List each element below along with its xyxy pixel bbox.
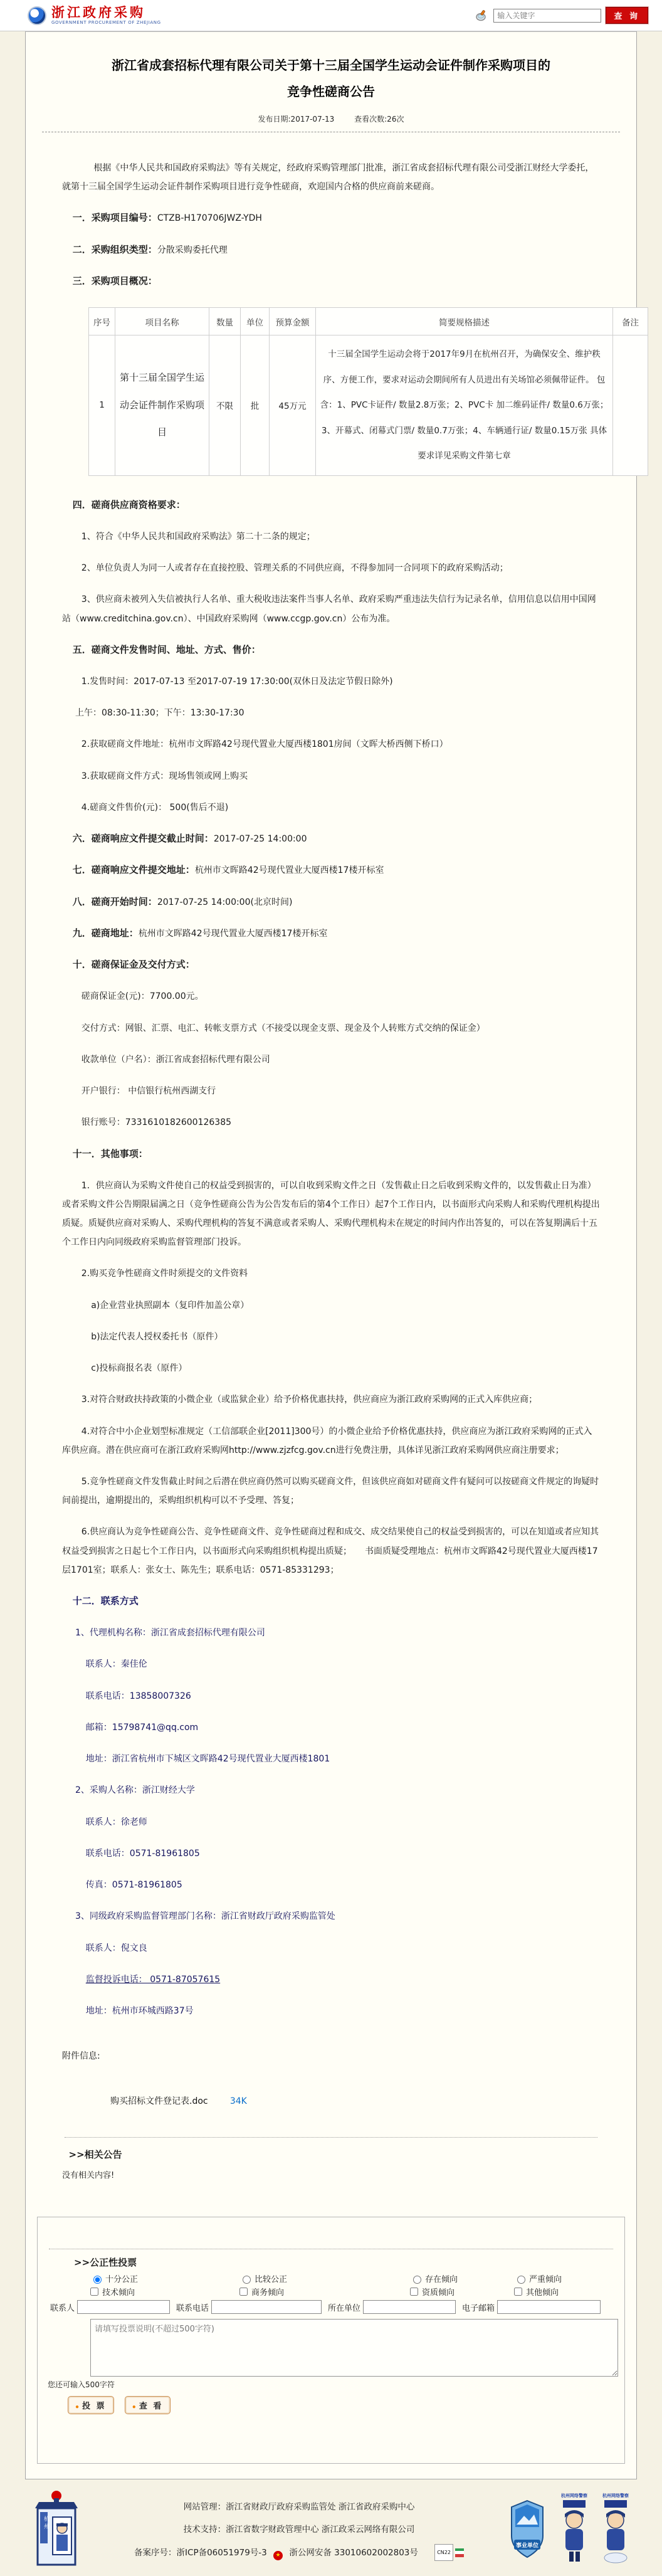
content-block: 八．磋商开始时间：2017-07-25 14:00:00(北京时间) (62, 892, 600, 912)
vote-checkbox-option[interactable]: 其他倾向 (512, 2286, 616, 2298)
block-text: 联系人：秦佳伦 (86, 1659, 147, 1669)
vote-view-button[interactable]: ●查 看 (125, 2396, 171, 2414)
block-text: 2.购买竞争性磋商文件时须提交的文件资料 (81, 1269, 248, 1279)
checkbox-label: 商务倾向 (251, 2286, 284, 2298)
block-text: 2017-07-25 14:00:00(北京时间) (157, 897, 293, 907)
col-name: 项目名称 (115, 308, 209, 335)
table-row: 1 第十三届全国学生运动会证件制作采购项目 不限 批 45万元 十三届全国学生运… (89, 335, 648, 476)
cyber-police-badge-left[interactable]: 杭州网络警察 (557, 2493, 592, 2567)
content-block: b)法定代表人授权委托书（原件） (62, 1326, 600, 1346)
content-block: 邮箱：15798741@qq.com (62, 1717, 600, 1737)
cell-budget: 45万元 (270, 335, 316, 476)
field-label: 所在单位 (328, 2301, 360, 2313)
block-text: 3.对符合财政扶持政策的小微企业（或监狱企业）给予价格优惠扶持，供应商应为浙江政… (81, 1395, 537, 1405)
block-text: 1.发售时间：2017-07-13 至2017-07-19 17:30:00(双… (81, 677, 393, 687)
attachment-download-link[interactable]: 34K (230, 2096, 247, 2106)
content-block: 1、符合《中华人民共和国政府采购法》第二十二条的规定； (62, 526, 600, 546)
vote-radio-option[interactable]: 十分公正 (90, 2272, 239, 2284)
block-text: c)投标商报名表（原件） (91, 1363, 187, 1373)
content-block: 4.磋商文件售价(元)： 500(售后不退) (62, 797, 600, 817)
block-text: 2、单位负责人为同一人或者存在直接控股、管理关系的不同供应商，不得参加同一合同项… (81, 563, 508, 573)
site-logo-text: 浙江政府采购 (51, 5, 161, 19)
top-header: 浙江政府采购 GOVERNMENT PROCUREMENT OF ZHEJIAN… (0, 0, 662, 31)
content-block: 联系人：徐老师 (62, 1812, 600, 1832)
attachment-label: 附件信息: (62, 2049, 600, 2062)
content-block: a)企业营业执照副本（复印件加盖公章） (62, 1295, 600, 1315)
content-block: 传真：0571-81961805 (62, 1874, 600, 1894)
content-block: 3.获取磋商文件方式：现场售领或网上购买 (62, 766, 600, 786)
block-text: 交付方式：网银、汇票、电汇、转帐支票方式（不接受以现金支票、现金及个人转账方式交… (81, 1023, 485, 1033)
public-security-number[interactable]: 浙公网安备 33010602002803号 (289, 2548, 418, 2558)
block-text: 地址：杭州市环城西路37号 (86, 2006, 194, 2016)
content-block: 开户银行： 中信银行杭州西湖支行 (62, 1080, 600, 1101)
content-block: 七．磋商响应文件提交地址：杭州市文晖路42号现代置业大厦西楼17楼开标室 (62, 860, 600, 880)
radio-label: 严重倾向 (529, 2272, 562, 2284)
magnifier-icon (475, 9, 489, 23)
field-label: 电子邮箱 (462, 2301, 495, 2313)
block-text: 开户银行： 中信银行杭州西湖支行 (81, 1086, 216, 1096)
col-spec: 简要规格描述 (316, 308, 613, 335)
cn22-flag-badge: CN22 (434, 2544, 464, 2562)
tendency-checkbox[interactable] (514, 2288, 522, 2296)
fairness-vote-box: >>公正性投票 十分公正 比较公正 存在倾向 (37, 2217, 625, 2464)
vote-field: 联系电话 (176, 2300, 322, 2314)
content-block: 三．采购项目概况： (62, 271, 600, 291)
content-block: 3、供应商未被列入失信被执行人名单、重大税收违法案件当事人名单、政府采购严重违法… (62, 589, 600, 628)
block-heading: 五．磋商文件发售时间、地址、方式、售价： (73, 644, 261, 655)
announcement-body: 根据《中华人民共和国政府采购法》等有关规定，经政府采购管理部门批准，浙江省成套招… (26, 132, 636, 2180)
shield-label-text: 事业单位 (516, 2542, 539, 2549)
radio-label: 比较公正 (255, 2272, 287, 2284)
block-text: 杭州市文晖路42号现代置业大厦西楼17楼开标室 (139, 929, 328, 939)
block-text: 联系人：徐老师 (86, 1817, 147, 1827)
content-block: 2、单位负责人为同一人或者存在直接控股、管理关系的不同供应商，不得参加同一合同项… (62, 557, 600, 578)
block-text: 上午：08:30-11:30；下午：13:30-17:30 (75, 708, 244, 718)
site-logo-icon (28, 6, 46, 25)
vote-field: 联系人 (50, 2300, 170, 2314)
fairness-radio[interactable] (93, 2276, 102, 2284)
content-block: 六．磋商响应文件提交截止时间：2017-07-25 14:00:00 (62, 828, 600, 848)
content-block: 2.获取磋商文件地址：杭州市文晖路42号现代置业大厦西楼1801房间（文晖大桥西… (62, 734, 600, 754)
block-heading: 十二．联系方式 (73, 1595, 139, 1607)
vote-radio-option[interactable]: 存在倾向 (410, 2272, 514, 2284)
content-block: 九．磋商地址：杭州市文晖路42号现代置业大厦西楼17楼开标室 (62, 923, 600, 943)
page-footer: 杭 州 网站管理：浙江省财政厅政府采购监管处 浙江省政府采购中心 技术支持：浙江… (0, 2479, 662, 2576)
footer-line-support: 技术支持：浙江省数字财政管理中心 浙江政采云网络有限公司 (100, 2518, 498, 2541)
related-heading: >>相关公告 (69, 2148, 601, 2161)
cell-spec: 十三届全国学生运动会将于2017年9月在杭州召开，为确保安全、维护秩序、方便工作… (316, 335, 613, 476)
cell-project-name: 第十三届全国学生运动会证件制作采购项目 (115, 335, 209, 476)
content-block: 3、同级政府采购监督管理部门名称：浙江省财政厅政府采购监管处 (62, 1906, 600, 1926)
cyber-police-badges[interactable]: 杭州网络警察 杭州网络警察 (557, 2493, 633, 2567)
site-logo[interactable]: 浙江政府采购 GOVERNMENT PROCUREMENT OF ZHEJIAN… (28, 5, 161, 26)
vote-divider (49, 2249, 613, 2249)
block-text: 2017-07-25 14:00:00 (214, 834, 307, 844)
search-button[interactable]: 查 询 (606, 7, 648, 24)
field-input[interactable] (211, 2300, 322, 2314)
block-heading: 九．磋商地址： (73, 927, 139, 939)
content-block: 联系电话：13858007326 (62, 1686, 600, 1706)
footer-text: 网站管理：浙江省财政厅政府采购监管处 浙江省政府采购中心 技术支持：浙江省数字财… (100, 2496, 498, 2564)
block-text: 4.对符合中小企业划型标准规定（工信部联企业[2011]300号）的小微企业给予… (62, 1427, 592, 1455)
block-text: 磋商保证金(元)：7700.00元。 (81, 991, 204, 1001)
block-text: 2.获取磋商文件地址：杭州市文晖路42号现代置业大厦西楼1801房间（文晖大桥西… (81, 739, 448, 749)
radio-label: 存在倾向 (425, 2272, 458, 2284)
radio-label: 十分公正 (105, 2272, 138, 2284)
block-text: 收款单位（户名）：浙江省成套招标代理有限公司 (81, 1055, 270, 1065)
col-budget: 预算金额 (270, 308, 316, 335)
content-block: 联系人：倪文良 (62, 1938, 600, 1958)
block-text: 联系人：倪文良 (86, 1943, 147, 1953)
content-block: 2.购买竞争性磋商文件时须提交的文件资料 (62, 1263, 600, 1283)
vote-checkbox-option[interactable]: 资质倾向 (407, 2286, 512, 2298)
fairness-radio[interactable] (413, 2276, 421, 2284)
table-header-row: 序号 项目名称 数量 单位 预算金额 简要规格描述 备注 (89, 308, 648, 335)
bullet-icon: ● (132, 2404, 136, 2410)
tendency-checkbox[interactable] (239, 2288, 248, 2296)
content-block: 收款单位（户名）：浙江省成套招标代理有限公司 (62, 1049, 600, 1069)
block-text: 监督投诉电话： 0571-87057615 (86, 1975, 220, 1985)
project-overview-table: 序号 项目名称 数量 单位 预算金额 简要规格描述 备注 1 第十三届全国学 (88, 307, 648, 476)
title-line-2: 竞争性磋商公告 (76, 78, 586, 105)
title-line-1: 浙江省成套招标代理有限公司关于第十三届全国学生运动会证件制作采购项目的 (76, 52, 586, 78)
block-heading: 二．采购组织类型： (73, 244, 157, 255)
vote-heading: >>公正性投票 (74, 2256, 616, 2269)
vote-char-counter: 您还可输入500字符 (48, 2379, 616, 2390)
attachment-file-name: 购买招标文件登记表.doc (110, 2096, 208, 2106)
search-input[interactable] (493, 9, 601, 23)
block-text: 根据《中华人民共和国政府采购法》等有关规定，经政府采购管理部门批准，浙江省成套招… (62, 163, 594, 192)
svg-text:杭: 杭 (44, 2515, 50, 2523)
flag-stripes-icon (455, 2548, 464, 2557)
col-unit: 单位 (241, 308, 270, 335)
tendency-checkbox[interactable] (410, 2288, 418, 2296)
block-text: 地址：浙江省杭州市下城区文晖路42号现代置业大厦西楼1801 (86, 1754, 330, 1764)
col-qty: 数量 (209, 308, 241, 335)
announcement-title: 浙江省成套招标代理有限公司关于第十三届全国学生运动会证件制作采购项目的 竞争性磋… (76, 52, 586, 105)
content-block: 四．磋商供应商资格要求： (62, 495, 600, 515)
publish-date: 发布日期:2017-07-13 (258, 115, 335, 124)
field-input[interactable] (497, 2300, 601, 2314)
field-label: 联系电话 (176, 2301, 209, 2313)
related-empty-text: 没有相关内容! (62, 2168, 600, 2180)
vote-checkbox-option[interactable]: 技术倾向 (88, 2286, 237, 2298)
content-block: 根据《中华人民共和国政府采购法》等有关规定，经政府采购管理部门批准，浙江省成套招… (62, 157, 600, 196)
blocks-before-table: 根据《中华人民共和国政府采购法》等有关规定，经政府采购管理部门批准，浙江省成套招… (62, 157, 600, 291)
vote-checkbox-group: 技术倾向 商务倾向 资质倾向 其他倾向 (46, 2286, 616, 2298)
content-block: 地址：杭州市环城西路37号 (62, 2000, 600, 2020)
bullet-icon: ● (75, 2404, 79, 2410)
attachment-row: 购买招标文件登记表.doc 34K (110, 2094, 600, 2107)
blocks-after-table: 四．磋商供应商资格要求： 1、符合《中华人民共和国政府采购法》第二十二条的规定；… (62, 495, 600, 2021)
content-block: 6.供应商认为竞争性磋商公告、竞争性磋商文件、竞争性磋商过程和成交、成交结果使自… (62, 1521, 600, 1579)
content-block: 1．供应商认为采购文件使自己的权益受到损害的，可以自收到采购文件之日（发售截止日… (62, 1175, 600, 1252)
content-block: 联系电话：0571-81961805 (62, 1843, 600, 1863)
vote-checkbox-option[interactable]: 商务倾向 (237, 2286, 407, 2298)
content-block: 1.发售时间：2017-07-13 至2017-07-19 17:30:00(双… (62, 671, 600, 691)
cell-unit: 批 (241, 335, 270, 476)
content-block: 地址：浙江省杭州市下城区文晖路42号现代置业大厦西楼1801 (62, 1748, 600, 1768)
block-text: 1、符合《中华人民共和国政府采购法》第二十二条的规定； (81, 532, 315, 542)
cyber-police-label: 杭州网络警察 (557, 2493, 592, 2499)
table-body: 1 第十三届全国学生运动会证件制作采购项目 不限 批 45万元 十三届全国学生运… (89, 335, 648, 476)
block-text: 3、同级政府采购监督管理部门名称：浙江省财政厅政府采购监管处 (75, 1911, 335, 1921)
block-text: 1、代理机构名称：浙江省成套招标代理有限公司 (75, 1628, 265, 1638)
block-text: CTZB-H170706JWZ-YDH (157, 213, 262, 223)
content-block: 五．磋商文件发售时间、地址、方式、售价： (62, 640, 600, 660)
content-block: 4.对符合中小企业划型标准规定（工信部联企业[2011]300号）的小微企业给予… (62, 1421, 600, 1460)
cyber-police-badge-right[interactable]: 杭州网络警察 (598, 2493, 633, 2567)
content-block: 十二．联系方式 (62, 1591, 600, 1611)
vote-radio-group: 十分公正 比较公正 存在倾向 严重倾向 (46, 2272, 616, 2284)
vote-actions: ●投 票 ●查 看 (68, 2396, 616, 2414)
block-heading: 七．磋商响应文件提交地址： (73, 864, 195, 875)
content-block: 3.对符合财政扶持政策的小微企业（或监狱企业）给予价格优惠扶持，供应商应为浙江政… (62, 1389, 600, 1409)
content-block: 一．采购项目编号：CTZB-H170706JWZ-YDH (62, 208, 600, 228)
block-text: 1．供应商认为采购文件使自己的权益受到损害的，可以自收到采购文件之日（发售截止日… (62, 1181, 600, 1247)
tendency-checkbox[interactable] (90, 2288, 98, 2296)
related-divider (65, 2137, 597, 2138)
footer-line-icp: 备案序号：浙ICP备06051979号-3 ★ 浙公网安备 3301060200… (100, 2542, 498, 2564)
vote-contact-fields: 联系人 联系电话 所在单位 电子邮箱 (46, 2300, 616, 2314)
block-text: 2、采购人名称：浙江财经大学 (75, 1785, 195, 1795)
content-block: 监督投诉电话： 0571-87057615 (62, 1969, 600, 1989)
content-block: 十一．其他事项： (62, 1144, 600, 1164)
block-text: 5.竞争性磋商文件发售截止时间之后潜在供应商仍然可以购买磋商文件，但该供应商如对… (62, 1477, 599, 1506)
block-text: 杭州市文晖路42号现代置业大厦西楼17楼开标室 (195, 865, 384, 875)
fairness-radio[interactable] (243, 2276, 251, 2284)
content-block: 二．采购组织类型：分散采购委托代理 (62, 240, 600, 260)
block-heading: 十一．其他事项： (73, 1148, 148, 1159)
vote-radio-option[interactable]: 严重倾向 (514, 2272, 616, 2284)
content-block: 磋商保证金(元)：7700.00元。 (62, 986, 600, 1006)
block-text: 联系电话：13858007326 (86, 1691, 191, 1701)
content-block: 1、代理机构名称：浙江省成套招标代理有限公司 (62, 1622, 600, 1642)
block-text: 6.供应商认为竞争性磋商公告、竞争性磋商文件、竞争性磋商过程和成交、成交结果使自… (62, 1527, 599, 1575)
content-block: c)投标商报名表（原件） (62, 1358, 600, 1378)
announcement-box: 浙江省成套招标代理有限公司关于第十三届全国学生运动会证件制作采购项目的 竞争性磋… (25, 31, 637, 2479)
content-block: 5.竞争性磋商文件发售截止时间之后潜在供应商仍然可以购买磋商文件，但该供应商如对… (62, 1471, 600, 1510)
content-block: 上午：08:30-11:30；下午：13:30-17:30 (62, 702, 600, 722)
block-heading: 四．磋商供应商资格要求： (73, 499, 186, 510)
block-text: a)企业营业执照副本（复印件加盖公章） (91, 1301, 249, 1311)
svg-text:州: 州 (44, 2523, 50, 2530)
block-heading: 六．磋商响应文件提交截止时间： (73, 833, 214, 844)
view-count: 查看次数:26次 (354, 115, 404, 124)
national-emblem-icon: ★ (273, 2551, 283, 2560)
content-block: 十．磋商保证金及交付方式： (62, 954, 600, 974)
public-institution-shield-badge: 事业单位 (509, 2499, 545, 2560)
content-block: 交付方式：网银、汇票、电汇、转帐支票方式（不接受以现金支票、现金及个人转账方式交… (62, 1018, 600, 1038)
search-bar: 查 询 (475, 7, 648, 24)
block-text: 银行账号：7331610182600126385 (81, 1117, 231, 1127)
field-input[interactable] (77, 2300, 170, 2314)
block-text: b)法定代表人授权委托书（原件） (91, 1332, 223, 1342)
footer-line-management: 网站管理：浙江省财政厅政府采购监管处 浙江省政府采购中心 (100, 2496, 498, 2518)
cell-note (613, 335, 648, 476)
col-note: 备注 (613, 308, 648, 335)
icp-number: 备案序号：浙ICP备06051979号-3 (134, 2548, 267, 2558)
col-seq: 序号 (89, 308, 115, 335)
block-text: 3.获取磋商文件方式：现场售领或网上购买 (81, 771, 248, 781)
block-text: 3、供应商未被列入失信被执行人名单、重大税收违法案件当事人名单、政府采购严重违法… (62, 594, 596, 623)
block-heading: 一．采购项目编号： (73, 212, 157, 223)
announcement-meta: 发布日期:2017-07-13 查看次数:26次 (26, 113, 636, 124)
block-text: 联系电话：0571-81961805 (86, 1849, 200, 1859)
fairness-radio[interactable] (517, 2276, 525, 2284)
site-logo-subtext: GOVERNMENT PROCUREMENT OF ZHEJIANG (51, 21, 161, 26)
checkbox-label: 技术倾向 (102, 2286, 135, 2298)
vote-field: 所在单位 (328, 2300, 456, 2314)
vote-field: 电子邮箱 (462, 2300, 601, 2314)
block-text: 邮箱：15798741@qq.com (86, 1723, 198, 1733)
vote-radio-option[interactable]: 比较公正 (239, 2272, 410, 2284)
cyber-police-label: 杭州网络警察 (598, 2493, 633, 2499)
field-label: 联系人 (50, 2301, 75, 2313)
field-input[interactable] (363, 2300, 456, 2314)
block-text: 4.磋商文件售价(元)： 500(售后不退) (81, 803, 228, 813)
checkbox-label: 资质倾向 (422, 2286, 454, 2298)
block-heading: 十．磋商保证金及交付方式： (73, 959, 195, 970)
vote-description-textarea[interactable] (90, 2319, 618, 2377)
block-text: 分散采购委托代理 (157, 245, 228, 255)
content-block: 联系人：秦佳伦 (62, 1654, 600, 1674)
block-heading: 三．采购项目概况： (73, 275, 157, 287)
content-block: 2、采购人名称：浙江财经大学 (62, 1780, 600, 1800)
cell-seq: 1 (89, 335, 115, 476)
block-heading: 八．磋商开始时间： (73, 896, 157, 907)
vote-submit-button[interactable]: ●投 票 (68, 2396, 114, 2414)
cell-qty: 不限 (209, 335, 241, 476)
cn22-label: CN22 (434, 2544, 453, 2562)
block-text: 传真：0571-81961805 (86, 1880, 182, 1890)
content-block: 银行账号：7331610182600126385 (62, 1112, 600, 1132)
police-kiosk-image: 杭 州 (29, 2489, 89, 2570)
checkbox-label: 其他倾向 (526, 2286, 559, 2298)
page-body: 浙江省成套招标代理有限公司关于第十三届全国学生运动会证件制作采购项目的 竞争性磋… (0, 31, 662, 2479)
